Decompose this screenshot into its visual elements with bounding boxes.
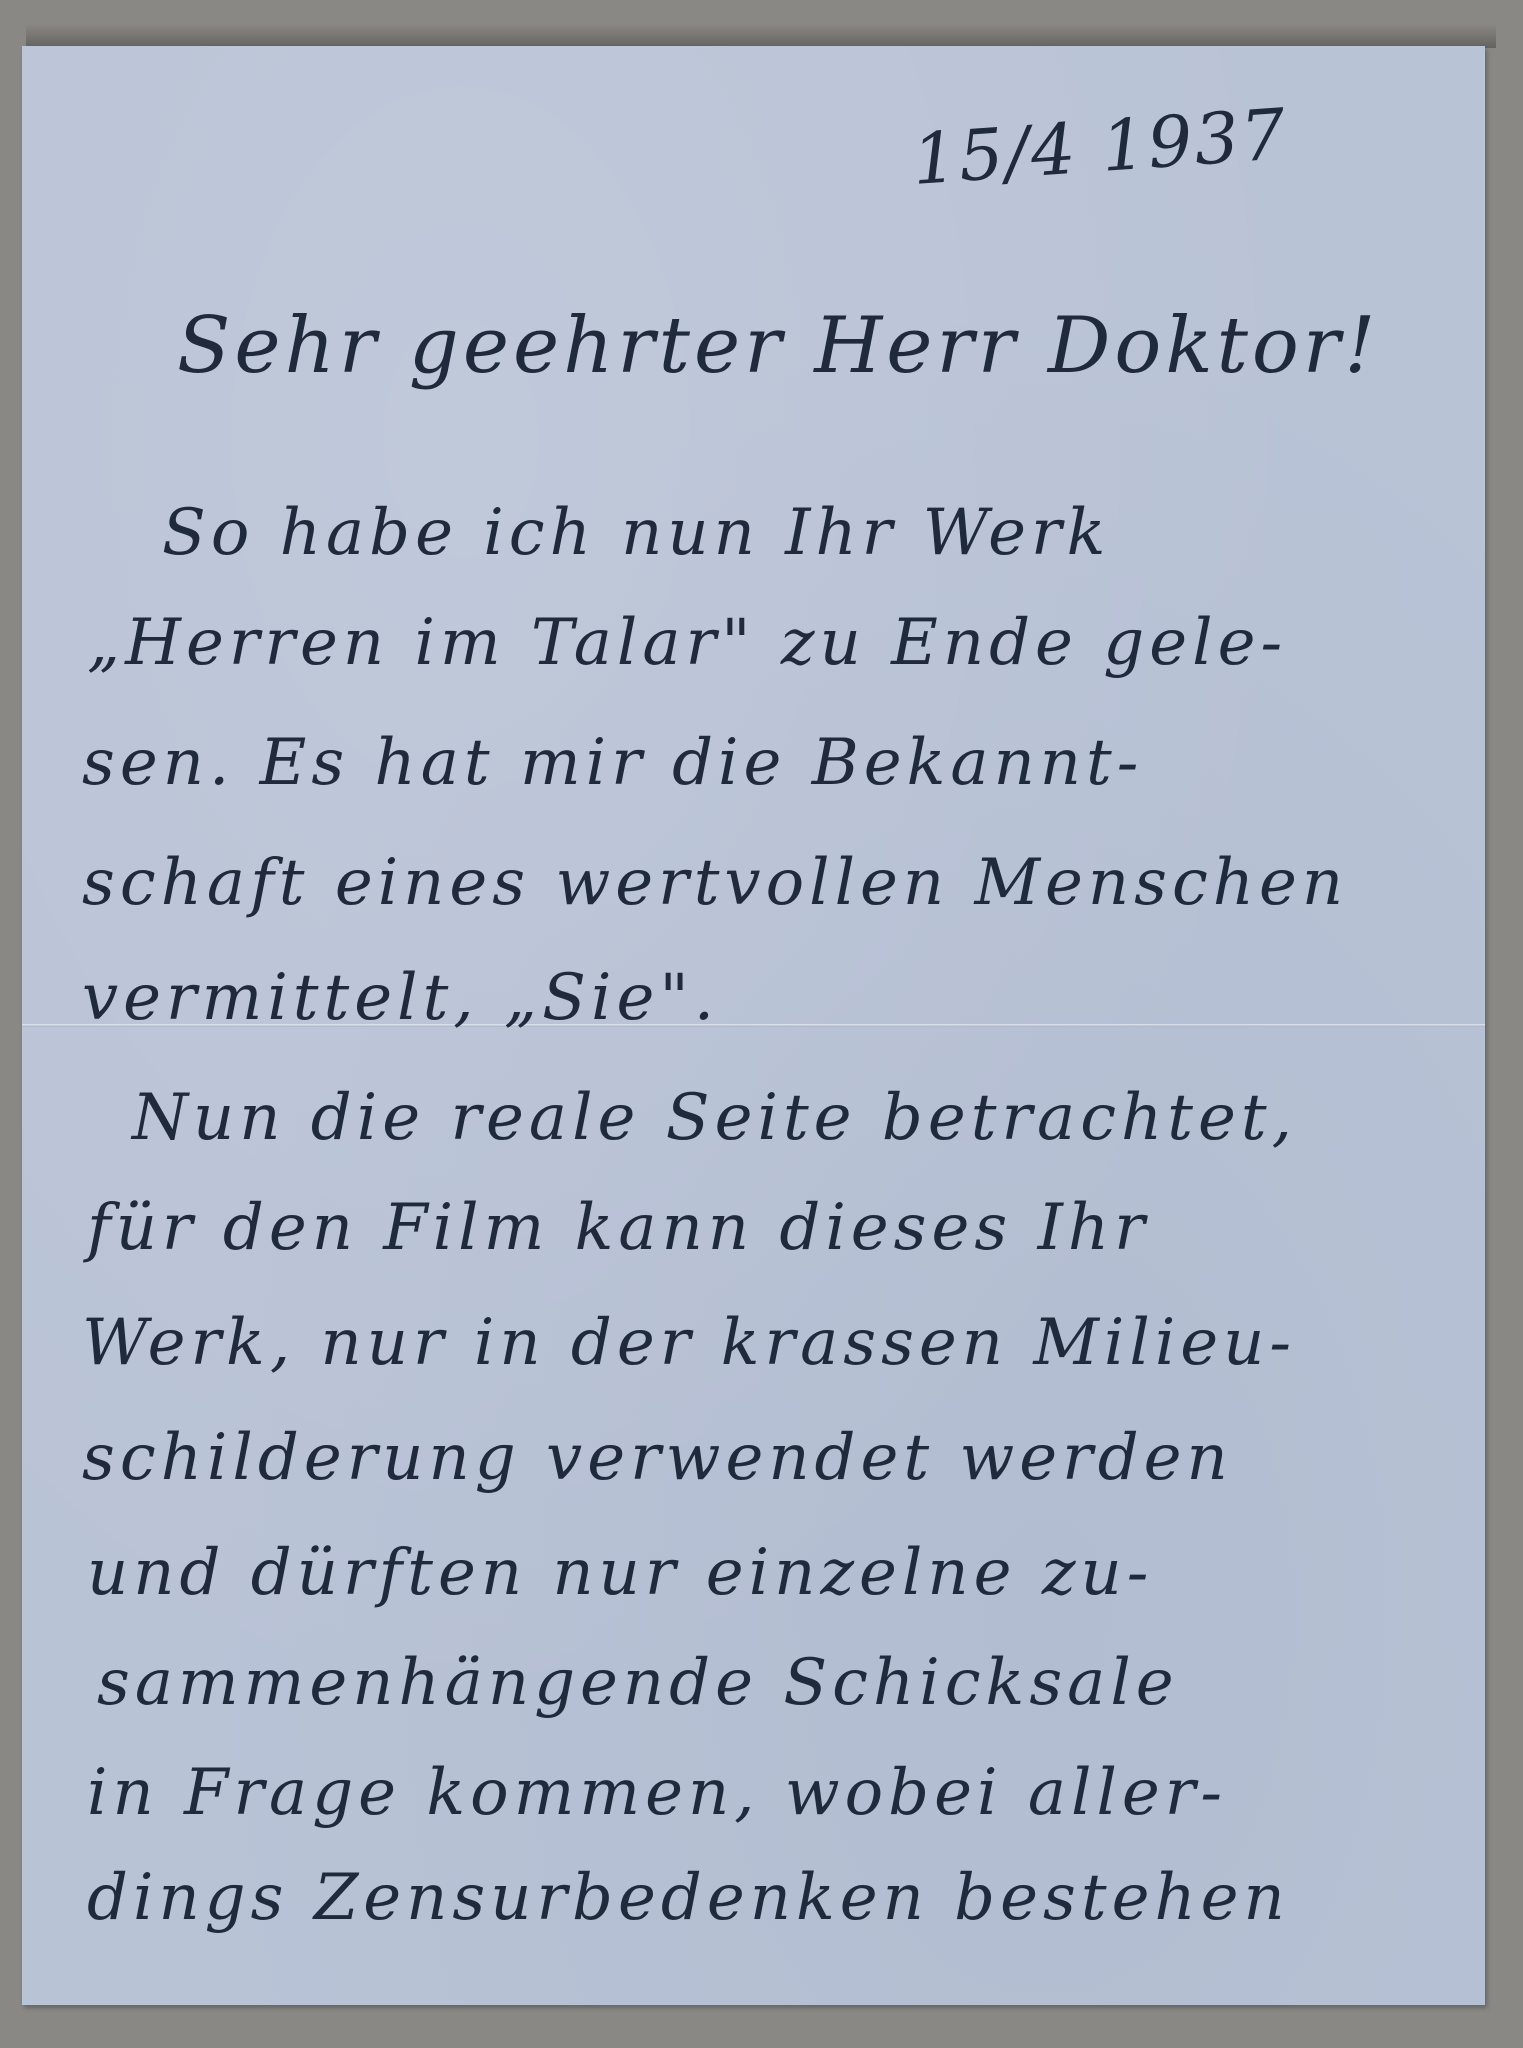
letter-line: So habe ich nun Ihr Werk [162,496,1110,570]
letter-page: 15/4 1937 Sehr geehrter Herr Doktor! So … [22,46,1485,2005]
letter-line: dings Zensurbedenken bestehen [87,1861,1290,1935]
letter-line: für den Film kann dieses Ihr [87,1191,1150,1265]
letter-line: vermittelt, „Sie". [82,961,719,1035]
letter-line: „Herren im Talar" zu Ende gele- [87,606,1287,680]
letter-line: Werk, nur in der krassen Milieu- [82,1306,1296,1380]
letter-date: 15/4 1937 [910,93,1290,201]
letter-line: schilderung verwendet werden [82,1421,1233,1495]
letter-line: schaft eines wertvollen Menschen [82,846,1348,920]
letter-line: sen. Es hat mir die Bekannt- [82,726,1143,800]
scan-backdrop-shadow [26,24,1496,48]
letter-line: sammenhängende Schicksale [97,1646,1179,1720]
letter-line: Nun die reale Seite betrachtet, [132,1081,1297,1155]
letter-salutation: Sehr geehrter Herr Doktor! [177,301,1380,391]
letter-line: in Frage kommen, wobei aller- [87,1756,1227,1830]
letter-line: und dürften nur einzelne zu- [87,1536,1153,1610]
